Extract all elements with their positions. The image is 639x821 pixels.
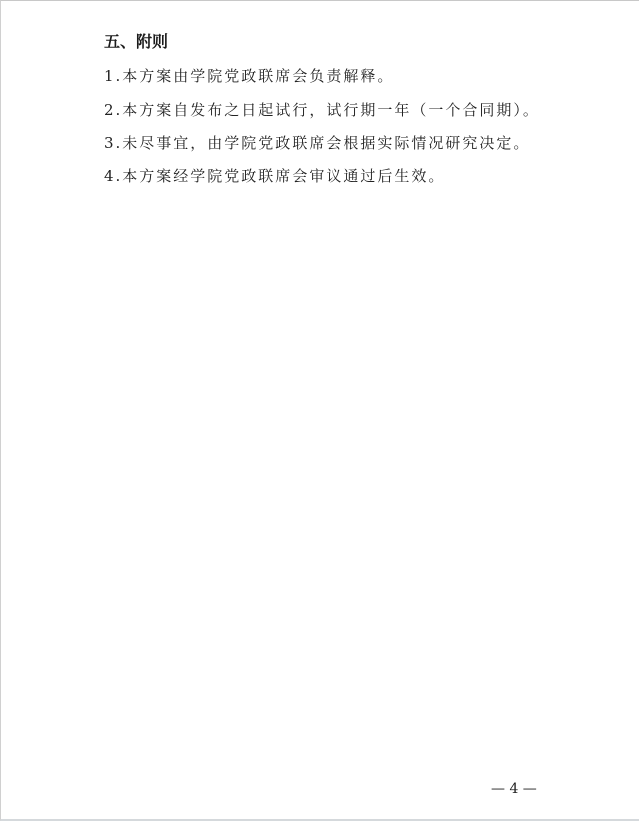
list-item: 1.本方案由学院党政联席会负责解释。 [104,65,394,86]
page-number: — 4 — [491,781,537,797]
list-item: 2.本方案自发布之日起试行，试行期一年（一个合同期）。 [104,99,540,120]
section-heading: 五、附则 [104,29,168,52]
list-item: 3.未尽事宜，由学院党政联席会根据实际情况研究决定。 [104,132,530,153]
list-item: 4.本方案经学院党政联席会审议通过后生效。 [104,165,445,186]
document-page: 五、附则 1.本方案由学院党政联席会负责解释。 2.本方案自发布之日起试行，试行… [0,0,639,821]
